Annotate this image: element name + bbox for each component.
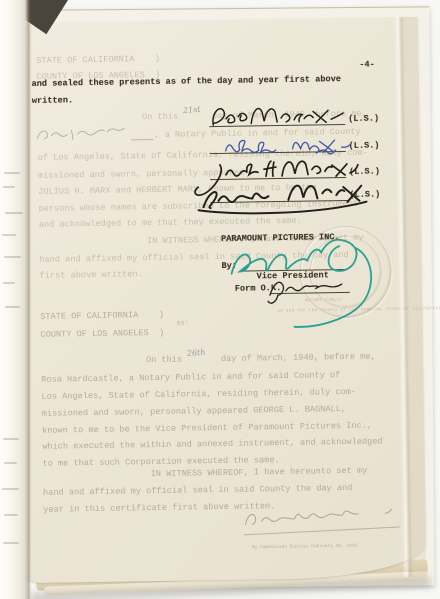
notary1-on-this: On this bbox=[142, 113, 178, 122]
notary2-closing-line: hand and affixed my official seal in sai… bbox=[43, 484, 353, 497]
form-ok-label: Form O.K. bbox=[235, 284, 282, 293]
contract-page: STATE OF CALIFORNIA ) COUNTY OF LOS ANGE… bbox=[10, 17, 427, 583]
notary2-state-line: STATE OF CALIFORNIA ) bbox=[40, 311, 164, 322]
notary1-name-blank-rule bbox=[131, 139, 153, 140]
ls-label: (L.S.) bbox=[349, 190, 380, 199]
notary1-body-line: persons whose names are subscribed to th… bbox=[38, 200, 358, 214]
ls-label: (L.S.) bbox=[349, 141, 380, 150]
notary2-signature-rule bbox=[244, 526, 400, 535]
ls-label: (L.S.) bbox=[348, 114, 379, 123]
notary1-date-rest: day of March, 1940, before me, bbox=[212, 110, 367, 121]
notary2-date-rest: day of March, 1940, before me, bbox=[221, 353, 376, 364]
notary2-closing-line: year in this certificate first above wri… bbox=[43, 502, 275, 514]
notary2-witness-line: IN WITNESS WHEREOF, I have hereunto set … bbox=[151, 467, 368, 479]
notary2-body-line: Los Angeles, State of California, residi… bbox=[41, 388, 356, 402]
notary2-body-line: known to me to be the Vice President of … bbox=[42, 422, 372, 436]
notary2-body-line: Rosa Hardcastle, a Notary Public in and … bbox=[41, 371, 340, 384]
notary2-body-line: which executed the within and annexed in… bbox=[42, 437, 382, 451]
notary1-state-line: STATE OF CALIFORNIA ) bbox=[36, 55, 160, 66]
notary2-on-this: On this bbox=[146, 356, 182, 365]
closing-text-line: written. bbox=[32, 96, 73, 105]
notary2-day-fill: 26th bbox=[187, 349, 206, 358]
notary1-body-line: and acknowledged to me that they execute… bbox=[39, 217, 302, 230]
notary2-body-line: to me that such Corporation executed the… bbox=[42, 456, 279, 468]
notary2-body-line: missioned and sworn, personally appeared… bbox=[42, 405, 346, 418]
notary2-ss-label: ss: bbox=[176, 320, 189, 327]
curled-page-edge bbox=[0, 0, 32, 599]
signature-rosa-hardcastle bbox=[245, 509, 391, 524]
notary2-county-line: COUNTY OF LOS ANGELES ) bbox=[40, 329, 164, 340]
notary1-notary-line: , a Notary Public in and for said County bbox=[154, 128, 360, 140]
by-label: By: bbox=[221, 262, 237, 271]
signature-notary-1 bbox=[37, 128, 124, 139]
notary1-day-fill: 21st bbox=[183, 106, 201, 115]
vice-president-title: Vice President bbox=[257, 271, 329, 281]
ls-label: (L.S.) bbox=[349, 167, 380, 176]
page-number: -4- bbox=[359, 61, 375, 70]
document-photo: STATE OF CALIFORNIA ) COUNTY OF LOS ANGE… bbox=[0, 0, 440, 599]
notary1-body-line: JULIUS H. MARX and HERBERT MARX, known t… bbox=[38, 183, 317, 196]
commission-expiry-stamp: My Commission Expires February 28, 1942 bbox=[252, 543, 357, 550]
paramount-company-name: PARAMOUNT PICTURES INC. bbox=[221, 233, 340, 243]
notary1-closing-line: first above written. bbox=[40, 270, 143, 280]
